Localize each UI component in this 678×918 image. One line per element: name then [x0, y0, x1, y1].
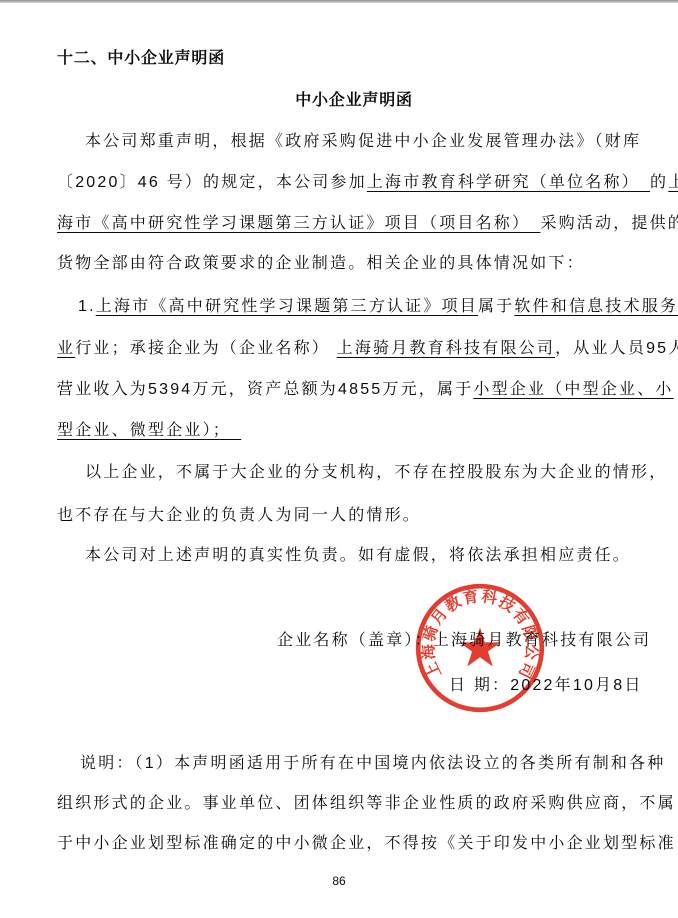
text-segment: 属于	[478, 298, 514, 315]
body-line: 营业收入为5394万元，资产总额为4855万元，属于小型企业（中型企业、小	[57, 379, 674, 401]
section-heading: 十二、中小企业声明函	[57, 48, 225, 70]
underlined-fill-in: 型企业、微型企业）；	[57, 422, 241, 439]
text-segment: 十二、中小企业声明函	[57, 50, 225, 67]
underlined-fill-in: 上海市《高中研究性学习课题第三方认证》项目	[96, 298, 478, 315]
date-line: 日 期：2022年10月8日	[449, 675, 643, 697]
text-segment: 于中小企业划型标准确定的中小微企业，不得按《关于印发中小企业划型标准	[57, 835, 676, 852]
body-line: 货物全部由符合政策要求的企业制造。相关企业的具体情况如下：	[57, 253, 585, 275]
page-number: 86	[0, 870, 678, 892]
underlined-fill-in: 海市《高中研究性学习课题第三方认证》项目（项目名称）	[57, 215, 540, 232]
text-segment: 采购活动，提供的	[540, 215, 678, 232]
text-segment: 货物全部由符合政策要求的企业制造。相关企业的具体情况如下：	[57, 255, 585, 272]
text-segment: 日 期：	[449, 677, 510, 694]
body-line: 以上企业，不属于大企业的分支机构，不存在控股股东为大企业的情形，	[85, 462, 667, 484]
underlined-fill-in: 上	[668, 174, 678, 191]
underlined-fill-in: 业	[57, 340, 75, 357]
note-line: 说明：（1）本声明函适用于所有在中国境内依法设立的各类所有制和各种	[80, 753, 666, 775]
text-segment: 也不存在与大企业的负责人为同一人的情形。	[57, 507, 421, 524]
text-segment: 说明：（1）本声明函适用于所有在中国境内依法设立的各类所有制和各种	[80, 755, 666, 772]
body-line: 也不存在与大企业的负责人为同一人的情形。	[57, 505, 421, 527]
company-line: 企业名称（盖章）：上海骑月教育科技有限公司	[277, 630, 651, 652]
body-line: 型企业、微型企业）；	[57, 420, 241, 442]
text-segment: 本公司郑重声明，根据《政府采购促进中小企业发展管理办法》（财库	[85, 133, 641, 150]
text-segment: 组织形式的企业。事业单位、团体组织等非企业性质的政府采购供应商，不属	[57, 795, 676, 812]
body-line: 本公司郑重声明，根据《政府采购促进中小企业发展管理办法》（财库	[85, 131, 641, 153]
text-segment: 2022年10月8日	[510, 677, 642, 694]
note-line: 于中小企业划型标准确定的中小微企业，不得按《关于印发中小企业划型标准	[57, 833, 676, 855]
underlined-fill-in: 上海市教育科学研究（单位名称）	[367, 174, 650, 191]
text-segment: 企业名称（盖章）：	[277, 632, 433, 649]
text-segment: 〔2020〕46 号）的规定，本公司参加	[57, 174, 367, 191]
text-segment: 营业收入为5394万元，资产总额为4855万元，属于	[57, 381, 473, 398]
text-segment: 1.	[78, 298, 96, 315]
body-line: 业行业；承接企业为（企业名称） 上海骑月教育科技有限公司，从业人员95人，	[57, 338, 678, 360]
text-segment: 本公司对上述声明的真实性负责。如有虚假，将依法承担相应责任。	[85, 547, 631, 564]
note-line: 组织形式的企业。事业单位、团体组织等非企业性质的政府采购供应商，不属	[57, 793, 676, 815]
text-segment: 以上企业，不属于大企业的分支机构，不存在控股股东为大企业的情形，	[85, 464, 667, 481]
text-segment: 中小企业声明函	[295, 92, 413, 109]
document-page: 十二、中小企业声明函中小企业声明函本公司郑重声明，根据《政府采购促进中小企业发展…	[0, 0, 678, 918]
text-segment: ，从业人员95人，	[555, 340, 678, 357]
body-line: 1.上海市《高中研究性学习课题第三方认证》项目属于软件和信息技术服务	[78, 296, 678, 318]
underlined-fill-in: 上海骑月教育科技有限公司	[337, 340, 555, 357]
text-segment: 的	[650, 174, 668, 191]
body-line: 本公司对上述声明的真实性负责。如有虚假，将依法承担相应责任。	[85, 545, 631, 567]
body-line: 海市《高中研究性学习课题第三方认证》项目（项目名称） 采购活动，提供的	[57, 213, 678, 235]
page-top-edge	[0, 0, 678, 3]
text-segment: 上海骑月教育科技有限公司	[433, 632, 651, 649]
text-segment: 行业；承接企业为（企业名称）	[75, 340, 336, 357]
underlined-fill-in: 小型企业（中型企业、小	[473, 381, 673, 398]
doc-title: 中小企业声明函	[30, 90, 678, 112]
text-segment: 86	[332, 874, 345, 888]
underlined-fill-in: 软件和信息技术服务	[514, 298, 678, 315]
body-line: 〔2020〕46 号）的规定，本公司参加上海市教育科学研究（单位名称） 的上	[57, 172, 678, 194]
